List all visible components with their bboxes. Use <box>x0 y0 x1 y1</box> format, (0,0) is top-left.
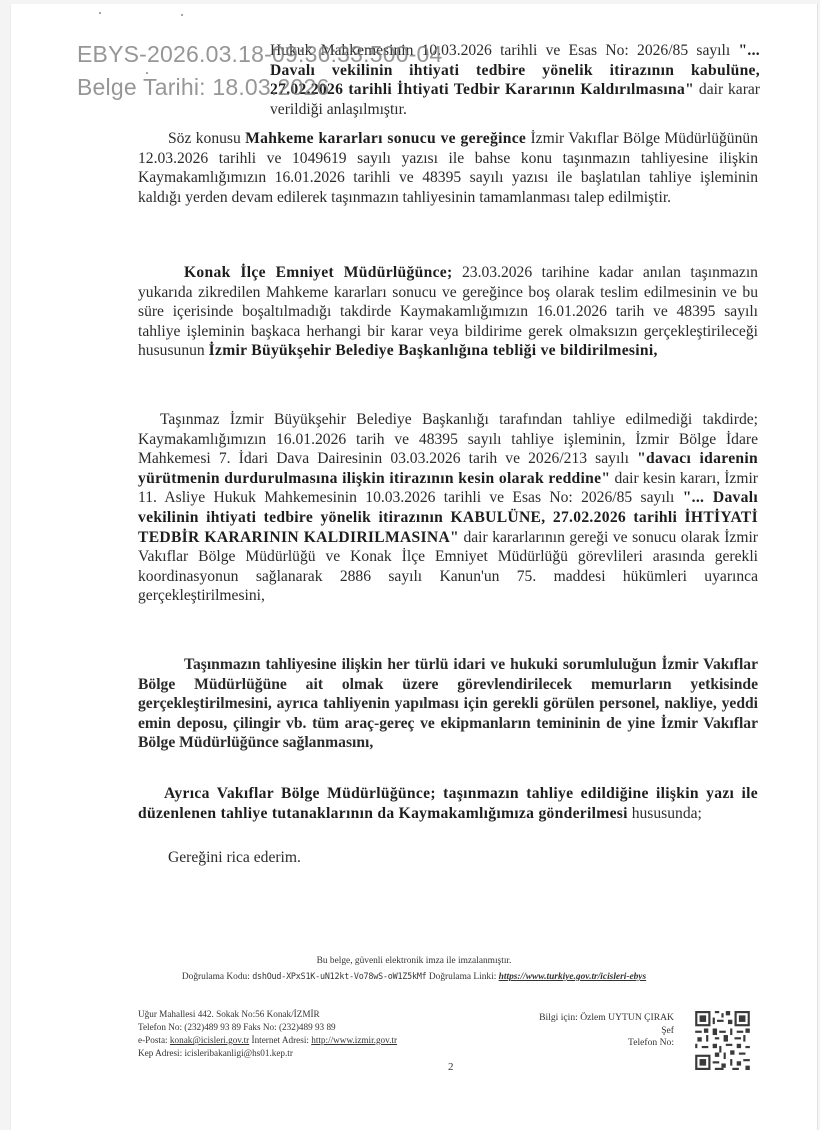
email-label: e-Posta: <box>138 1035 170 1045</box>
address: Uğur Mahallesi 442. Sokak No:56 Konak/İZ… <box>138 1008 397 1021</box>
paragraph-responsibility: Taşınmazın tahliyesine ilişkin her türlü… <box>138 655 758 753</box>
verify-link-label: Doğrulama Linki: <box>427 972 499 982</box>
closing-line: Gereğini rica ederim. <box>168 848 468 868</box>
qr-code-icon <box>695 1011 750 1070</box>
info-title: Şef <box>531 1025 674 1038</box>
bold-text: Kararının Kaldırılmasına" <box>505 81 694 98</box>
text: Söz konusu <box>168 130 245 147</box>
bold-text: İzmir Büyükşehir Belediye Başkanlığına t… <box>209 342 658 359</box>
paragraph-police-directorate: Konak İlçe Emniyet Müdürlüğünce; 23.03.2… <box>138 263 758 361</box>
bold-text: Taşınmazın tahliyesine ilişkin her türlü… <box>138 656 758 751</box>
web-link[interactable]: http://www.izmir.gov.tr <box>311 1035 397 1045</box>
verify-link[interactable]: https://www.turkiye.gov.tr/icisleri-ebys <box>499 972 646 982</box>
page-number: 2 <box>448 1061 454 1073</box>
info-contact: Bilgi için: Özlem UYTUN ÇIRAK <box>531 1012 674 1025</box>
email-link[interactable]: konak@icisleri.gov.tr <box>170 1035 249 1045</box>
esign-note: Bu belge, güvenli elektronik imza ile im… <box>11 954 817 968</box>
kep-address: Kep Adresi: icisleribakanligi@hs01.kep.t… <box>138 1047 397 1060</box>
paragraph-eviction-procedure: Taşınmaz İzmir Büyükşehir Belediye Başka… <box>138 410 758 606</box>
text: hususunda; <box>628 805 702 822</box>
info-block: Bilgi için: Özlem UYTUN ÇIRAK Şef Telefo… <box>531 1012 674 1050</box>
bold-text: Mahkeme kararları sonucu ve gereğince <box>245 130 526 147</box>
paragraph-court-decisions: Söz konusu Mahkeme kararları sonucu ve g… <box>138 129 758 207</box>
web-label: İnternet Adresi: <box>249 1035 311 1045</box>
address-block: Uğur Mahallesi 442. Sokak No:56 Konak/İZ… <box>138 1008 397 1060</box>
paragraph-reports: Ayrıca Vakıflar Bölge Müdürlüğünce; taşı… <box>138 784 758 823</box>
ebys-code-stamp: EBYS-2026.03.18-09:36:33.500-04 <box>77 41 443 68</box>
verify-code-label: Doğrulama Kodu: <box>182 972 252 982</box>
bold-text: Konak İlçe Emniyet Müdürlüğünce; <box>184 264 453 281</box>
contact-line: e-Posta: konak@icisleri.gov.tr İnternet … <box>138 1034 397 1047</box>
document-page: EBYS-2026.03.18-09:36:33.500-04 Belge Ta… <box>10 4 818 1130</box>
verification-line: Doğrulama Kodu: dshOud-XPxS1K-uN12kt-Vo7… <box>11 969 817 984</box>
info-phone: Telefon No: <box>531 1037 674 1050</box>
phone-fax: Telefon No: (232)489 93 89 Faks No: (232… <box>138 1021 397 1034</box>
document-date-stamp: Belge Tarihi: 18.03.2026 <box>77 74 329 101</box>
verify-code: dshOud-XPxS1K-uN12kt-Vo78wS-oW1Z5kMf <box>252 971 426 981</box>
